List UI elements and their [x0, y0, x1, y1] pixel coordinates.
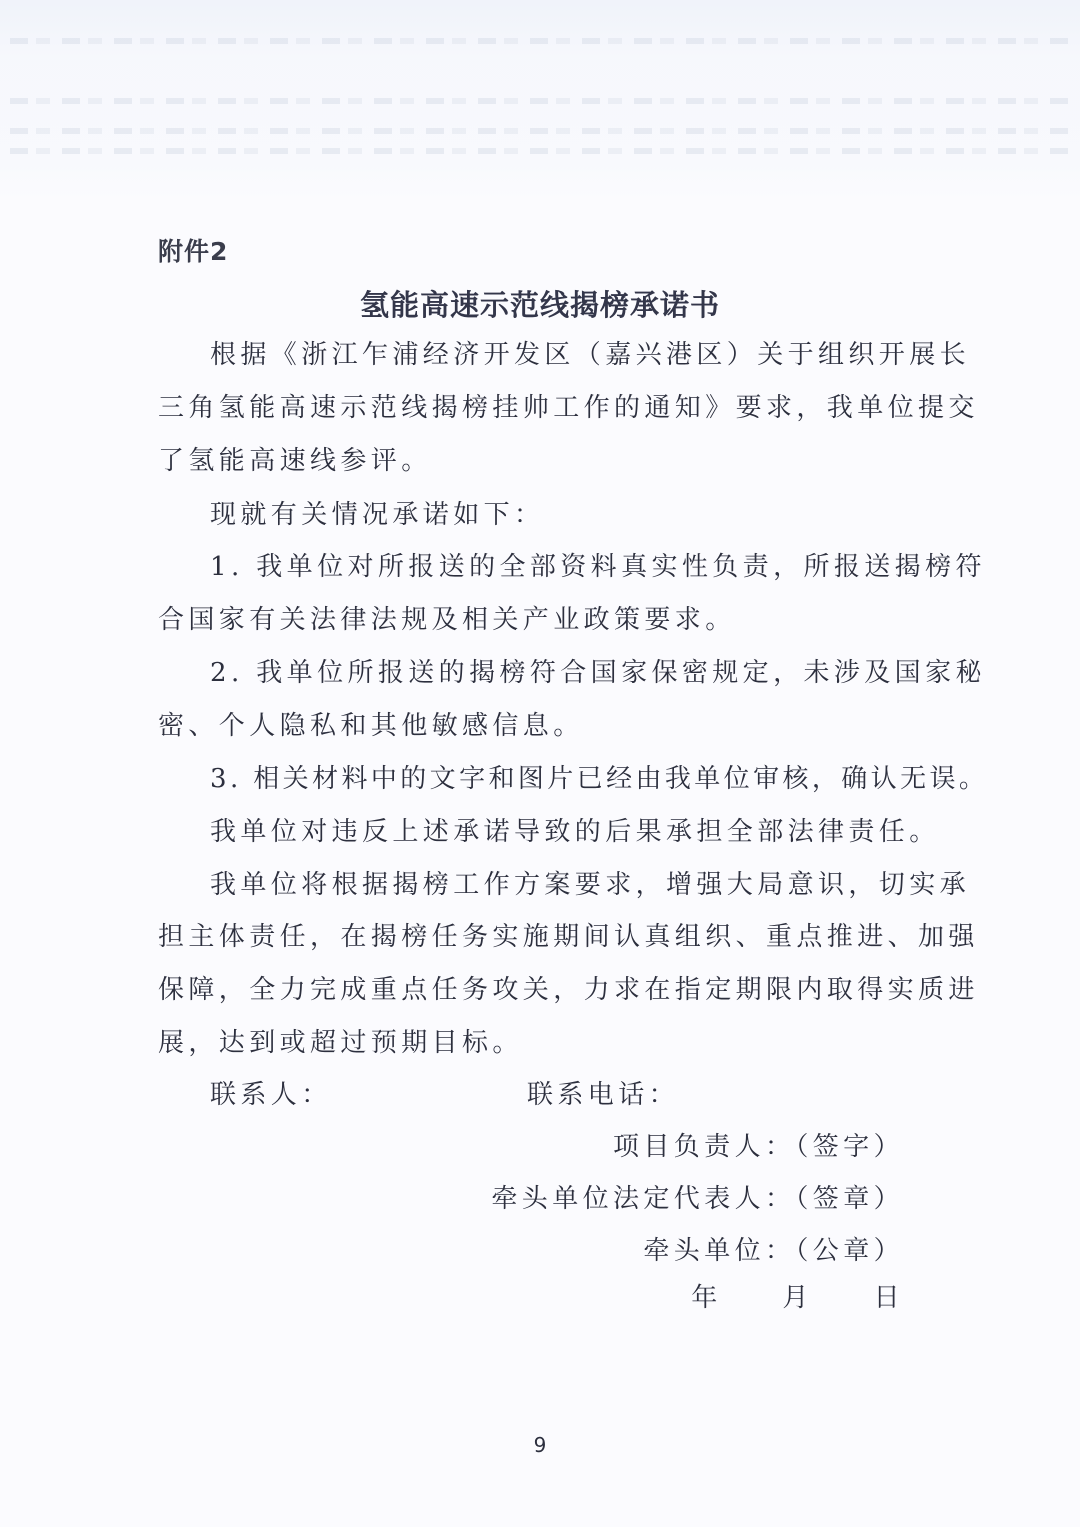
intro-line-3: 了氢能高速线参评。	[158, 446, 432, 476]
attachment-label: 附件2	[158, 232, 228, 268]
pledge-line-1: 我单位将根据揭榜工作方案要求，增强大局意识，切实承	[210, 870, 970, 900]
page-number: 9	[0, 1433, 1080, 1457]
intro-line-2: 三角氢能高速示范线揭榜挂帅工作的通知》要求，我单位提交	[158, 393, 979, 423]
liability-line: 我单位对违反上述承诺导致的后果承担全部法律责任。	[210, 817, 940, 847]
commit-lead: 现就有关情况承诺如下：	[210, 500, 544, 530]
contact-phone-label: 联系电话：	[527, 1080, 679, 1110]
scan-bleed-through	[10, 38, 1070, 44]
scan-bleed-through	[10, 98, 1070, 104]
scan-bleed-through	[10, 128, 1070, 134]
intro-line-1: 根据《浙江乍浦经济开发区（嘉兴港区）关于组织开展长	[210, 340, 970, 370]
contact-person-label: 联系人：	[210, 1080, 332, 1110]
document-page: 附件2 氢能高速示范线揭榜承诺书 根据《浙江乍浦经济开发区（嘉兴港区）关于组织开…	[0, 0, 1080, 1527]
item-3-line: 3. 相关材料中的文字和图片已经由我单位审核，确认无误。	[210, 764, 988, 794]
document-title: 氢能高速示范线揭榜承诺书	[0, 283, 1080, 324]
pledge-line-2: 担主体责任，在揭榜任务实施期间认真组织、重点推进、加强	[158, 922, 979, 952]
item-2-line-2: 密、个人隐私和其他敏感信息。	[158, 711, 584, 741]
item-2-line-1: 2. 我单位所报送的揭榜符合国家保密规定，未涉及国家秘	[210, 658, 986, 688]
lead-unit-seal: 牵头单位：（公章）	[643, 1236, 904, 1266]
project-lead-signature: 项目负责人：（签字）	[613, 1132, 904, 1162]
item-1-line-1: 1. 我单位对所报送的全部资料真实性负责，所报送揭榜符	[210, 552, 986, 582]
scan-bleed-through	[10, 148, 1070, 154]
legal-rep-signature: 牵头单位法定代表人：（签章）	[491, 1184, 904, 1214]
pledge-line-4: 展，达到或超过预期目标。	[158, 1028, 523, 1058]
signing-date: 年 月 日	[691, 1283, 904, 1313]
item-1-line-2: 合国家有关法律法规及相关产业政策要求。	[158, 605, 736, 635]
pledge-line-3: 保障，全力完成重点任务攻关，力求在指定期限内取得实质进	[158, 975, 979, 1005]
